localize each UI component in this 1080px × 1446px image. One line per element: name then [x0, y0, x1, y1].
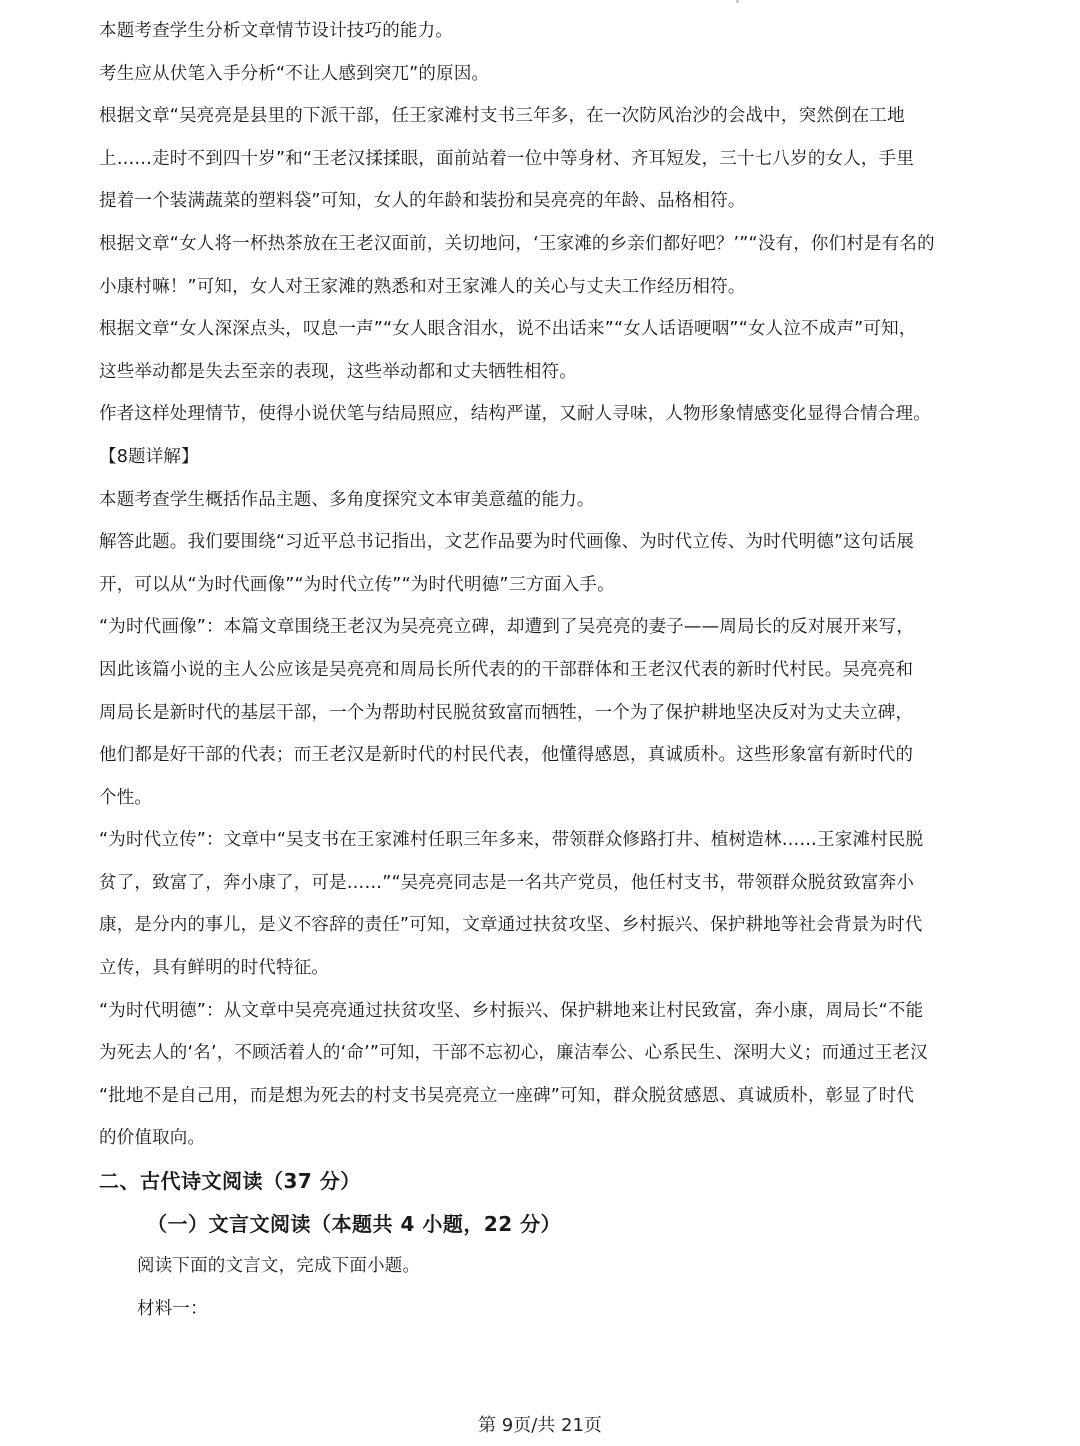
page-number: 第 9页/共 21页	[0, 1411, 1080, 1437]
paragraph-line: 周局长是新时代的基层干部，一个为帮助村民脱贫致富而牺牲，一个为了保护耕地坚决反对…	[99, 692, 989, 735]
paragraph-line: 本题考查学生分析文章情节设计技巧的能力。	[99, 10, 989, 53]
paragraph-line: 解答此题。我们要围绕“习近平总书记指出，文艺作品要为时代画像、为时代立传、为时代…	[99, 521, 989, 564]
document-body: 本题考查学生分析文章情节设计技巧的能力。 考生应从伏笔入手分析“不让人感到突兀”…	[99, 10, 989, 1330]
paragraph-line: 作者这样处理情节，使得小说伏笔与结局照应，结构严谨，又耐人寻味，人物形象情感变化…	[99, 393, 989, 436]
paragraph-line: “为时代画像”：本篇文章围绕王老汉为吴亮亮立碑，却遭到了吴亮亮的妻子——周局长的…	[99, 606, 989, 649]
paragraph-line: 为死去人的‘名’，不顾活着人的‘命’”可知，干部不忘初心，廉洁奉公、心系民生、深…	[99, 1032, 989, 1075]
paragraph-line: 他们都是好干部的代表；而王老汉是新时代的村民代表，他懂得感恩，真诚质朴。这些形象…	[99, 734, 989, 777]
paragraph-line: 根据文章“女人将一杯热茶放在王老汉面前，关切地问，‘王家滩的乡亲们都好吧？’”“…	[99, 223, 989, 266]
paragraph-line: “为时代立传”：文章中“吴支书在王家滩村任职三年多来，带领群众修路打井、植树造林…	[99, 819, 989, 862]
document-page: 本题考查学生分析文章情节设计技巧的能力。 考生应从伏笔入手分析“不让人感到突兀”…	[0, 0, 1080, 1446]
subsection-heading: （一）文言文阅读（本题共 4 小题，22 分）	[99, 1203, 989, 1246]
paragraph-line: 小康村嘛！”可知，女人对王家滩的熟悉和对王家滩人的关心与丈夫工作经历相符。	[99, 266, 989, 309]
question-8-header: 【8题详解】	[99, 436, 989, 479]
paragraph-line: 贫了，致富了，奔小康了，可是……”“吴亮亮同志是一名共产党员，他任村支书，带领群…	[99, 862, 989, 905]
paragraph-line: “批地不是自己用，而是想为死去的村支书吴亮亮立一座碑”可知，群众脱贫感恩、真诚质…	[99, 1075, 989, 1118]
paragraph-line: 个性。	[99, 777, 989, 820]
scan-mark	[736, 0, 739, 3]
paragraph-line: 提着一个装满蔬菜的塑料袋”可知，女人的年龄和装扮和吴亮亮的年龄、品格相符。	[99, 180, 989, 223]
paragraph-line: 的价值取向。	[99, 1117, 989, 1160]
paragraph-line: 本题考查学生概括作品主题、多角度探究文本审美意蕴的能力。	[99, 479, 989, 522]
instruction-text: 阅读下面的文言文，完成下面小题。	[99, 1245, 989, 1288]
paragraph-line: “为时代明德”：从文章中吴亮亮通过扶贫攻坚、乡村振兴、保护耕地来让村民致富，奔小…	[99, 990, 989, 1033]
material-label: 材料一：	[99, 1288, 989, 1331]
paragraph-line: 开，可以从“为时代画像”“为时代立传”“为时代明德”三方面入手。	[99, 564, 989, 607]
paragraph-line: 考生应从伏笔入手分析“不让人感到突兀”的原因。	[99, 53, 989, 96]
paragraph-line: 立传，具有鲜明的时代特征。	[99, 947, 989, 990]
paragraph-line: 因此该篇小说的主人公应该是吴亮亮和周局长所代表的的干部群体和王老汉代表的新时代村…	[99, 649, 989, 692]
paragraph-line: 根据文章“吴亮亮是县里的下派干部，任王家滩村支书三年多，在一次防风治沙的会战中，…	[99, 95, 989, 138]
paragraph-line: 上……走时不到四十岁”和“王老汉揉揉眼，面前站着一位中等身材、齐耳短发，三十七八…	[99, 138, 989, 181]
section-heading: 二、古代诗文阅读（37 分）	[99, 1160, 989, 1203]
paragraph-line: 根据文章“女人深深点头，叹息一声”“女人眼含泪水，说不出话来”“女人话语哽咽”“…	[99, 308, 989, 351]
paragraph-line: 康，是分内的事儿，是义不容辞的责任”可知，文章通过扶贫攻坚、乡村振兴、保护耕地等…	[99, 904, 989, 947]
paragraph-line: 这些举动都是失去至亲的表现，这些举动都和丈夫牺牲相符。	[99, 351, 989, 394]
